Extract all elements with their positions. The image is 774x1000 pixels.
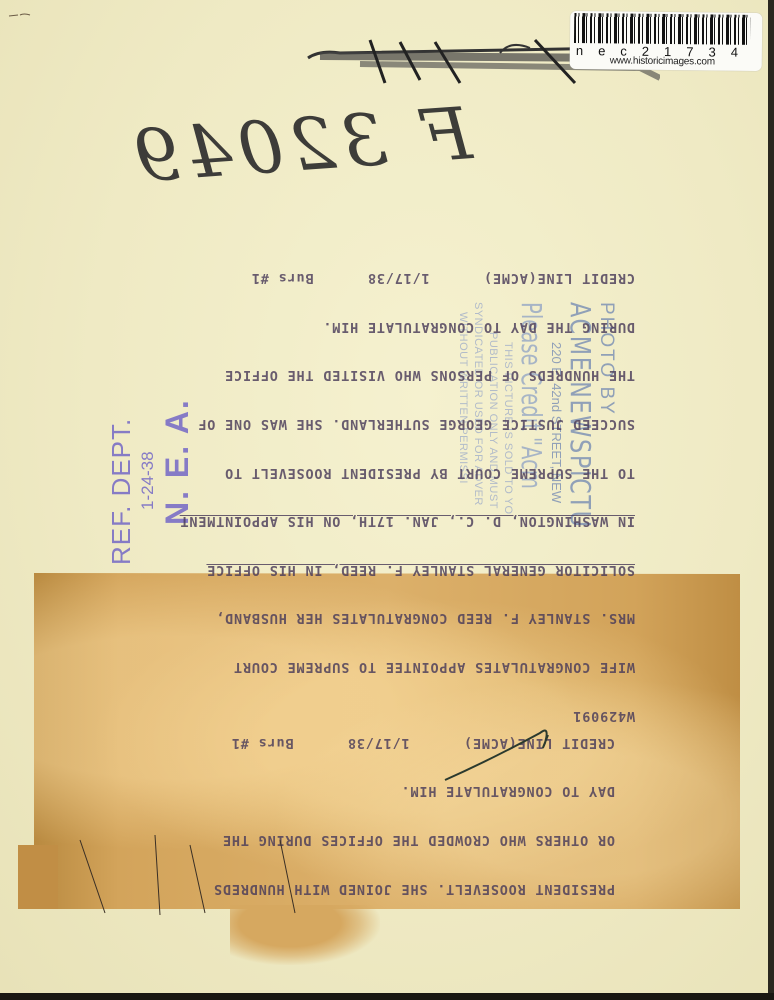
caption-credit: CREDIT LINE(ACME) (483, 270, 635, 286)
caption-credit-row: CREDIT LINE(ACME) 1/17/38 Burs #1 (34, 270, 740, 286)
caption-bureau: Burs #1 (251, 270, 314, 286)
caption-date: 1/17/38 (347, 735, 410, 751)
pen-strike-lines (60, 835, 340, 915)
caption-line: TO THE SUPREME COURT BY PRESIDENT ROOSEV… (34, 464, 740, 480)
caption-line: MRS. STANLEY F. REED CONGRATULATES HER H… (34, 610, 740, 626)
caption-line: DURING THE DAY TO CONGRATULATE HIM. (34, 319, 740, 335)
stray-pencil-mark (8, 12, 32, 18)
caption-line: WIFE CONGRATULATES APPOINTEE TO SUPREME … (34, 659, 740, 675)
pen-check-mark (440, 715, 560, 785)
barcode-url: www.historicimages.com (610, 55, 715, 67)
caption-line: IN WASHINGTON, D. C., JAN. 17TH, ON HIS … (34, 513, 740, 529)
caption-bureau: Burs #1 (231, 735, 294, 751)
barcode-bars (574, 13, 750, 45)
caption-line: DAY TO CONGRATULATE HIM. (34, 783, 740, 799)
barcode-label: nec21734 www.historicimages.com (570, 11, 763, 71)
caption-line: SOLICITOR GENERAL STANLEY F. REED, IN HI… (34, 562, 740, 578)
scan-edge-right (768, 0, 774, 1000)
scan-edge-bottom (0, 993, 774, 1000)
caption-date: 1/17/38 (367, 270, 430, 286)
caption-line: SUCCEED JUSTICE GEORGE SUTHERLAND. SHE W… (34, 416, 740, 432)
caption-line: THE HUNDREDS OF PERSONS WHO VISITED THE … (34, 367, 740, 383)
caption-credit-row: CREDIT LINE(ACME) 1/17/38 Burs #1 (34, 735, 740, 751)
